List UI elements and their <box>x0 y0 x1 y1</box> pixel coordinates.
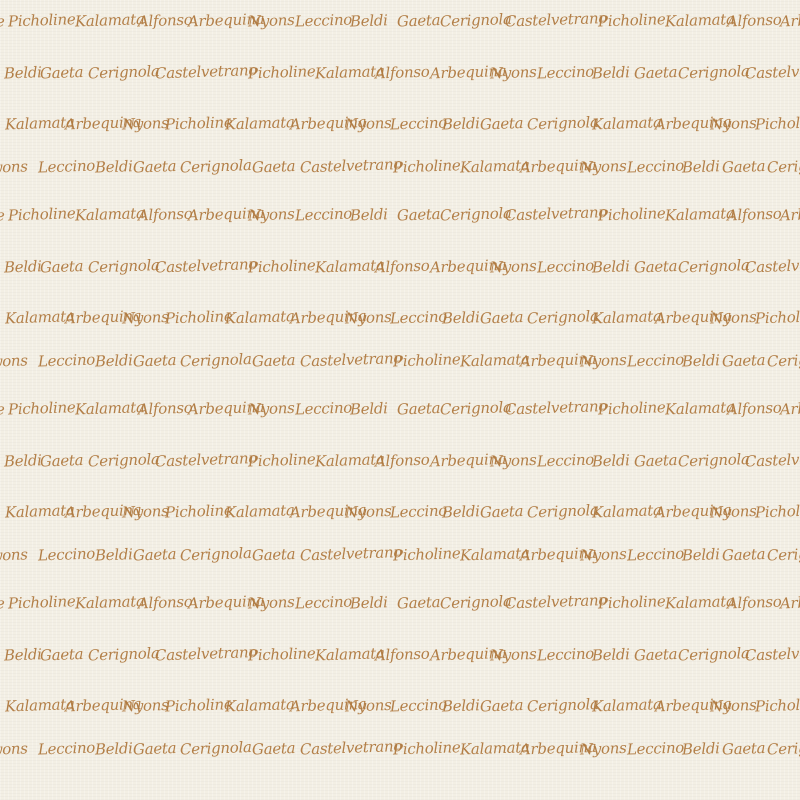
handwritten-olive-name: Picholine <box>165 503 233 520</box>
handwritten-olive-name: Cerignola <box>440 400 512 417</box>
handwritten-olive-name: Cerignola <box>678 452 750 469</box>
handwritten-olive-name: Nyons <box>248 401 295 418</box>
handwritten-olive-name: Picholine <box>598 12 666 29</box>
handwritten-olive-name: Gaeta <box>480 310 524 327</box>
handwritten-olive-name: Nyons <box>580 547 627 564</box>
handwritten-olive-name: Leccino <box>537 259 595 276</box>
handwritten-olive-name: Castelvetrano <box>155 645 258 664</box>
handwritten-olive-name: Beldi <box>95 353 133 369</box>
handwritten-olive-name: Nyons <box>490 647 537 664</box>
handwritten-olive-name: Cerignola <box>527 115 599 132</box>
handwritten-olive-name: Leccino <box>38 547 96 564</box>
handwritten-olive-name: Gaeta <box>634 65 678 82</box>
handwritten-olive-name: Alfonso <box>138 595 193 612</box>
handwritten-olive-name: Castelvetrano <box>300 545 403 564</box>
handwritten-olive-name: Kalamata <box>592 697 662 714</box>
handwritten-olive-name: Kalamata <box>225 115 295 132</box>
handwritten-olive-name: Nyons <box>122 698 169 715</box>
handwritten-olive-name: Nyons <box>710 504 757 521</box>
handwritten-olive-name: Gaeta <box>252 353 296 370</box>
handwritten-olive-name: Gaeta <box>133 159 177 176</box>
handwritten-olive-name: Cerignola <box>767 546 800 563</box>
handwritten-olive-name: Gaeta <box>722 159 766 176</box>
handwritten-olive-name: Beldi <box>682 159 720 175</box>
handwritten-olive-name: Gaeta <box>722 547 766 564</box>
handwritten-olive-name: Castelvetrano <box>505 11 608 30</box>
handwritten-olive-name: Alfonso <box>375 259 430 276</box>
handwritten-olive-name: Leccino <box>38 741 96 758</box>
handwritten-olive-name: Nyons <box>710 310 757 327</box>
handwritten-olive-name: Cerignola <box>180 546 252 563</box>
handwritten-olive-name: Arbequina <box>780 206 800 224</box>
handwritten-olive-name: Beldi <box>350 207 388 223</box>
handwritten-olive-name: Kalamata <box>665 206 735 223</box>
handwritten-olive-name: Nyons <box>490 259 537 276</box>
handwritten-olive-name: Nyons <box>345 698 392 715</box>
handwritten-olive-name: Kalamata <box>225 697 295 714</box>
handwritten-olive-name: Kalamata <box>665 400 735 417</box>
handwritten-olive-name: Picholine <box>393 740 461 757</box>
handwritten-olive-name: Leccino <box>295 207 353 224</box>
handwritten-olive-name: Arbequina <box>780 400 800 418</box>
handwritten-olive-name: Picholine <box>165 309 233 326</box>
handwritten-olive-name: Cerignola <box>180 740 252 757</box>
handwritten-olive-name: Nyons <box>490 65 537 82</box>
handwritten-olive-name: Gaeta <box>397 207 441 224</box>
handwritten-olive-name: Gaeta <box>397 13 441 30</box>
handwritten-olive-name: Castelvetrano <box>505 593 608 612</box>
handwritten-olive-name: Beldi <box>682 741 720 757</box>
handwritten-olive-name: Cerignola <box>88 64 160 81</box>
handwritten-olive-name: Beldi <box>442 116 480 132</box>
handwritten-olive-name: Nyons <box>248 595 295 612</box>
handwritten-olive-name: Gaeta <box>133 353 177 370</box>
handwritten-olive-name: Beldi <box>442 504 480 520</box>
handwritten-olive-name: Kalamata <box>665 12 735 29</box>
handwritten-olive-name: Nyons <box>122 310 169 327</box>
handwritten-olive-name: Gaeta <box>722 353 766 370</box>
handwritten-olive-name: Nyons <box>580 159 627 176</box>
handwritten-olive-name: yons <box>0 547 28 563</box>
handwritten-olive-name: Castelvetrano <box>745 257 800 276</box>
handwritten-olive-name: Cerignola <box>180 158 252 175</box>
handwritten-olive-name: Gaeta <box>480 698 524 715</box>
handwritten-olive-name: Nyons <box>345 116 392 133</box>
handwritten-olive-name: Beldi <box>592 65 630 81</box>
handwritten-olive-name: Picholine <box>393 158 461 175</box>
handwritten-olive-name: Arbequina <box>780 12 800 30</box>
olive-names-fabric-pattern: ePicholineKalamataAlfonsoArbequinaNyonsL… <box>0 0 800 800</box>
handwritten-olive-name: Cerignola <box>767 158 800 175</box>
handwritten-olive-name: Cerignola <box>678 64 750 81</box>
handwritten-olive-name: Beldi <box>682 547 720 563</box>
handwritten-olive-name: Nyons <box>345 310 392 327</box>
handwritten-olive-name: Gaeta <box>480 116 524 133</box>
handwritten-olive-name: Picholine <box>393 546 461 563</box>
handwritten-olive-name: Kalamata <box>75 206 145 223</box>
handwritten-olive-name: Kalamata <box>665 594 735 611</box>
handwritten-olive-name: Castelvetrano <box>745 645 800 664</box>
handwritten-olive-name: Cerignola <box>767 352 800 369</box>
handwritten-olive-name: Gaeta <box>40 65 84 82</box>
handwritten-olive-name: Nyons <box>122 116 169 133</box>
handwritten-olive-name: Nyons <box>580 741 627 758</box>
handwritten-olive-name: Beldi <box>95 741 133 757</box>
handwritten-olive-name: Picholine <box>755 503 800 520</box>
handwritten-olive-name: Gaeta <box>40 259 84 276</box>
handwritten-olive-name: Alfonso <box>138 207 193 224</box>
handwritten-olive-name: Beldi <box>442 698 480 714</box>
handwritten-olive-name: Gaeta <box>634 647 678 664</box>
handwritten-olive-name: Nyons <box>710 698 757 715</box>
handwritten-olive-name: Gaeta <box>722 741 766 758</box>
handwritten-olive-name: Alfonso <box>138 401 193 418</box>
handwritten-olive-name: e <box>0 14 5 29</box>
handwritten-olive-name: yons <box>0 353 28 369</box>
handwritten-olive-name: Cerignola <box>678 646 750 663</box>
handwritten-olive-name: Picholine <box>755 309 800 326</box>
handwritten-olive-name: Castelvetrano <box>505 399 608 418</box>
handwritten-olive-name: Castelvetrano <box>505 205 608 224</box>
handwritten-olive-name: Leccino <box>627 353 685 370</box>
handwritten-olive-name: Kalamata <box>75 12 145 29</box>
handwritten-olive-name: Nyons <box>122 504 169 521</box>
handwritten-olive-name: Leccino <box>295 595 353 612</box>
handwritten-olive-name: Picholine <box>8 594 76 611</box>
handwritten-olive-name: Kalamata <box>75 400 145 417</box>
handwritten-olive-name: Nyons <box>490 453 537 470</box>
handwritten-olive-name: Leccino <box>38 159 96 176</box>
handwritten-olive-name: Beldi <box>4 647 42 663</box>
handwritten-olive-name: Picholine <box>165 115 233 132</box>
handwritten-olive-name: Beldi <box>4 259 42 275</box>
handwritten-olive-name: Alfonso <box>138 13 193 30</box>
handwritten-olive-name: Picholine <box>165 697 233 714</box>
handwritten-olive-name: Alfonso <box>727 595 782 612</box>
handwritten-olive-name: Cerignola <box>88 452 160 469</box>
handwritten-olive-name: Picholine <box>598 594 666 611</box>
handwritten-olive-name: Beldi <box>592 453 630 469</box>
handwritten-olive-name: Gaeta <box>480 504 524 521</box>
handwritten-olive-name: Leccino <box>390 116 448 133</box>
handwritten-olive-name: Beldi <box>682 353 720 369</box>
handwritten-olive-name: Leccino <box>627 741 685 758</box>
handwritten-olive-name: Kalamata <box>225 309 295 326</box>
handwritten-olive-name: Beldi <box>592 647 630 663</box>
handwritten-olive-name: Leccino <box>627 159 685 176</box>
handwritten-olive-name: Leccino <box>38 353 96 370</box>
handwritten-olive-name: Gaeta <box>252 159 296 176</box>
handwritten-olive-name: Kalamata <box>225 503 295 520</box>
handwritten-olive-name: Leccino <box>390 698 448 715</box>
handwritten-olive-name: Leccino <box>537 65 595 82</box>
handwritten-olive-name: Cerignola <box>767 740 800 757</box>
handwritten-olive-name: Nyons <box>248 13 295 30</box>
handwritten-olive-name: Leccino <box>627 547 685 564</box>
handwritten-olive-name: Beldi <box>350 595 388 611</box>
handwritten-olive-name: Gaeta <box>397 401 441 418</box>
handwritten-olive-name: Picholine <box>755 697 800 714</box>
handwritten-olive-name: Gaeta <box>40 453 84 470</box>
handwritten-olive-name: Kalamata <box>592 503 662 520</box>
handwritten-olive-name: Castelvetrano <box>155 257 258 276</box>
handwritten-olive-name: Beldi <box>442 310 480 326</box>
handwritten-olive-name: Nyons <box>345 504 392 521</box>
handwritten-olive-name: Castelvetrano <box>300 351 403 370</box>
handwritten-olive-name: Picholine <box>248 64 316 81</box>
handwritten-olive-name: Nyons <box>248 207 295 224</box>
handwritten-olive-name: Gaeta <box>397 595 441 612</box>
handwritten-olive-name: Nyons <box>580 353 627 370</box>
handwritten-olive-name: Picholine <box>598 400 666 417</box>
handwritten-olive-name: Cerignola <box>180 352 252 369</box>
handwritten-olive-name: Alfonso <box>375 647 430 664</box>
handwritten-olive-name: Castelvetrano <box>155 63 258 82</box>
handwritten-olive-name: yons <box>0 741 28 757</box>
handwritten-olive-name: Beldi <box>4 65 42 81</box>
handwritten-olive-name: Alfonso <box>375 65 430 82</box>
handwritten-olive-name: Gaeta <box>252 741 296 758</box>
handwritten-olive-name: Kalamata <box>592 309 662 326</box>
handwritten-olive-name: Beldi <box>95 159 133 175</box>
handwritten-olive-name: e <box>0 402 5 417</box>
handwritten-olive-name: Cerignola <box>88 646 160 663</box>
handwritten-olive-name: Gaeta <box>634 259 678 276</box>
handwritten-olive-name: Alfonso <box>727 13 782 30</box>
handwritten-olive-name: Castelvetrano <box>745 63 800 82</box>
handwritten-olive-name: Picholine <box>393 352 461 369</box>
handwritten-olive-name: Beldi <box>350 401 388 417</box>
handwritten-olive-name: Picholine <box>598 206 666 223</box>
handwritten-olive-name: Beldi <box>95 547 133 563</box>
handwritten-olive-name: Kalamata <box>592 115 662 132</box>
handwritten-olive-name: Gaeta <box>40 647 84 664</box>
handwritten-olive-name: Beldi <box>350 13 388 29</box>
handwritten-olive-name: Picholine <box>248 258 316 275</box>
handwritten-olive-name: Leccino <box>295 13 353 30</box>
handwritten-olive-name: Picholine <box>8 206 76 223</box>
handwritten-olive-name: Leccino <box>537 647 595 664</box>
handwritten-olive-name: Picholine <box>248 646 316 663</box>
handwritten-olive-name: Leccino <box>537 453 595 470</box>
handwritten-olive-name: Nyons <box>710 116 757 133</box>
handwritten-olive-name: Alfonso <box>727 401 782 418</box>
handwritten-olive-name: Castelvetrano <box>745 451 800 470</box>
handwritten-olive-name: Picholine <box>755 115 800 132</box>
handwritten-olive-name: yons <box>0 159 28 175</box>
handwritten-olive-name: Cerignola <box>88 258 160 275</box>
handwritten-olive-name: Gaeta <box>634 453 678 470</box>
handwritten-olive-name: e <box>0 208 5 223</box>
handwritten-olive-name: Cerignola <box>527 309 599 326</box>
handwritten-olive-name: Beldi <box>4 453 42 469</box>
handwritten-olive-name: e <box>0 596 5 611</box>
handwritten-olive-name: Leccino <box>295 401 353 418</box>
handwritten-olive-name: Cerignola <box>527 503 599 520</box>
handwritten-olive-name: Leccino <box>390 310 448 327</box>
handwritten-olive-name: Castelvetrano <box>300 739 403 758</box>
handwritten-olive-name: Alfonso <box>375 453 430 470</box>
handwritten-olive-name: Castelvetrano <box>155 451 258 470</box>
handwritten-olive-name: Cerignola <box>527 697 599 714</box>
handwritten-olive-name: Cerignola <box>440 594 512 611</box>
handwritten-olive-name: Alfonso <box>727 207 782 224</box>
handwritten-olive-name: Picholine <box>8 12 76 29</box>
handwritten-olive-name: Gaeta <box>133 741 177 758</box>
handwritten-olive-name: Castelvetrano <box>300 157 403 176</box>
handwritten-olive-name: Picholine <box>8 400 76 417</box>
handwritten-olive-name: Beldi <box>592 259 630 275</box>
handwritten-olive-name: Cerignola <box>678 258 750 275</box>
handwritten-olive-name: Cerignola <box>440 206 512 223</box>
handwritten-olive-name: Leccino <box>390 504 448 521</box>
handwritten-olive-name: Gaeta <box>133 547 177 564</box>
handwritten-olive-name: Kalamata <box>75 594 145 611</box>
handwritten-olive-name: Gaeta <box>252 547 296 564</box>
handwritten-olive-name: Picholine <box>248 452 316 469</box>
handwritten-olive-name: Arbequina <box>780 594 800 612</box>
handwritten-olive-name: Cerignola <box>440 12 512 29</box>
